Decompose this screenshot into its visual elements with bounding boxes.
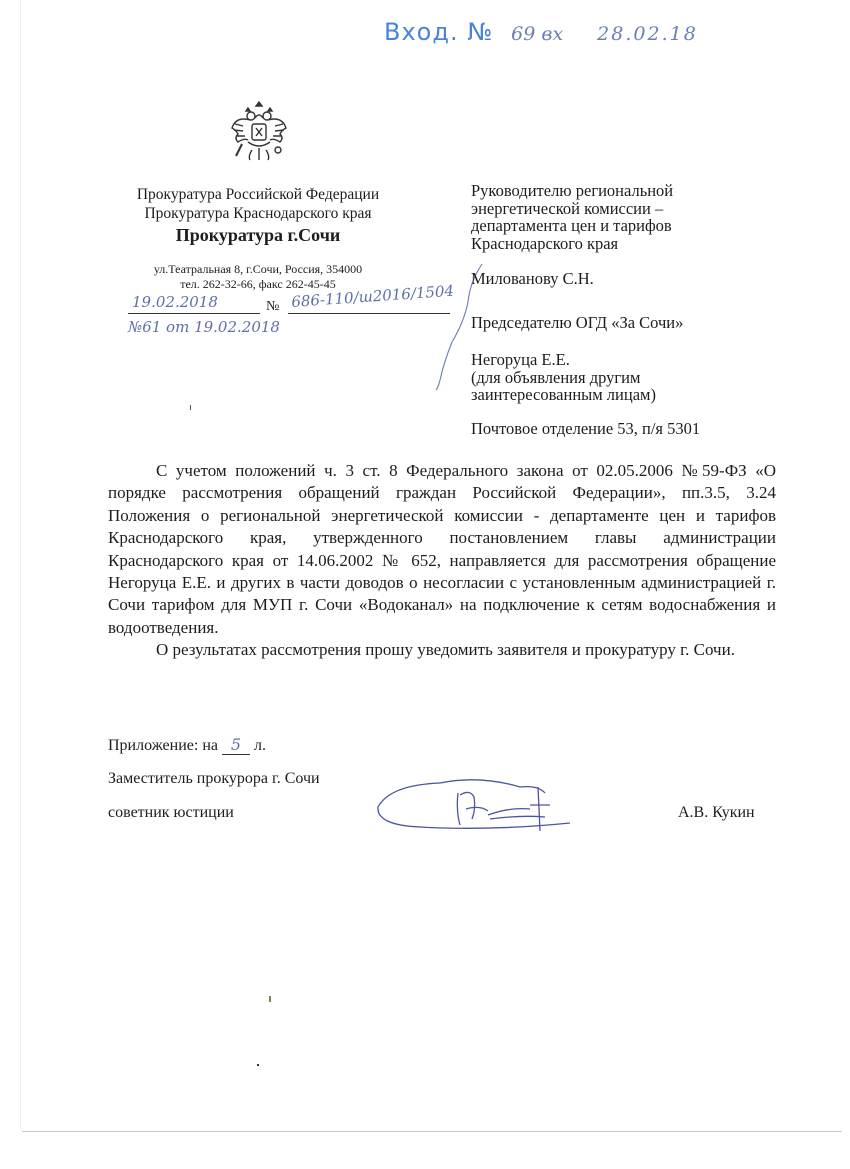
date-underline	[128, 313, 260, 314]
recipient-1-title-line: Руководителю региональной	[471, 182, 791, 200]
attachment-suffix: л.	[254, 737, 266, 754]
recipient-2-name: Негоруца Е.Е.	[471, 351, 791, 369]
body-paragraph-1: С учетом положений ч. 3 ст. 8 Федерально…	[108, 460, 776, 639]
signer-name: А.В. Кукин	[678, 804, 755, 822]
recipient-2-note-line: заинтересованным лицам)	[471, 386, 791, 404]
stamp-label: Вход. №	[384, 18, 493, 46]
registration-line: 19.02.2018 № 686-110/ш2016/1504	[128, 293, 450, 315]
recipient-2-note-line: (для объявления другим	[471, 369, 791, 387]
handwritten-signature-icon	[370, 775, 600, 835]
recipient-1-title-line: энергетической комиссии –	[471, 200, 791, 218]
registration-no-label: №	[266, 299, 279, 315]
signer-position: Заместитель прокурора г. Сочи	[108, 770, 320, 788]
recipient-1-title-line: департамента цен и тарифов	[471, 217, 791, 235]
letter-body: С учетом положений ч. 3 ст. 8 Федерально…	[108, 460, 776, 662]
sender-address: ул.Театральная 8, г.Сочи, Россия, 354000	[108, 262, 408, 277]
scan-speck	[190, 405, 191, 410]
attachment-prefix: Приложение: на	[108, 737, 218, 754]
registration-date: 19.02.2018	[132, 293, 218, 311]
stamp-number: 69 вх	[511, 23, 563, 45]
org-line-3: Прокуратура г.Сочи	[108, 223, 408, 247]
recipient-2-title: Председателю ОГД «За Сочи»	[471, 314, 791, 332]
addressee-block: Руководителю региональной энергетической…	[471, 182, 791, 437]
incoming-stamp: Вход. № 69 вх 28.02.18	[384, 18, 698, 50]
body-paragraph-2: О результатах рассмотрения прошу уведоми…	[108, 639, 776, 661]
postal-address: Почтовое отделение 53, п/я 5301	[471, 420, 791, 438]
recipient-1-name: Милованову С.Н.	[471, 270, 791, 288]
attachment-page-count: 5	[222, 735, 250, 755]
number-underline	[288, 313, 450, 314]
scan-speck	[257, 1064, 259, 1066]
recipient-1-title-line: Краснодарского края	[471, 235, 791, 253]
page-edge-bottom	[22, 1131, 842, 1132]
scan-speck	[269, 996, 271, 1002]
org-line-2: Прокуратура Краснодарского края	[108, 204, 408, 223]
recipient-1-title: Руководителю региональной энергетической…	[471, 182, 791, 252]
recipient-2: Негоруца Е.Е. (для объявления другим заи…	[471, 351, 791, 404]
page-edge-left	[20, 0, 21, 1131]
org-line-1: Прокуратура Российской Федерации	[108, 185, 408, 204]
sender-organization: Прокуратура Российской Федерации Прокура…	[108, 185, 408, 247]
stamp-date: 28.02.18	[597, 23, 698, 45]
attachment-line: Приложение: на 5 л.	[108, 735, 266, 755]
registration-line-2: №61 от 19.02.2018	[128, 318, 280, 336]
signer-rank: советник юстиции	[108, 804, 234, 822]
russian-coat-of-arms-icon	[228, 98, 290, 164]
